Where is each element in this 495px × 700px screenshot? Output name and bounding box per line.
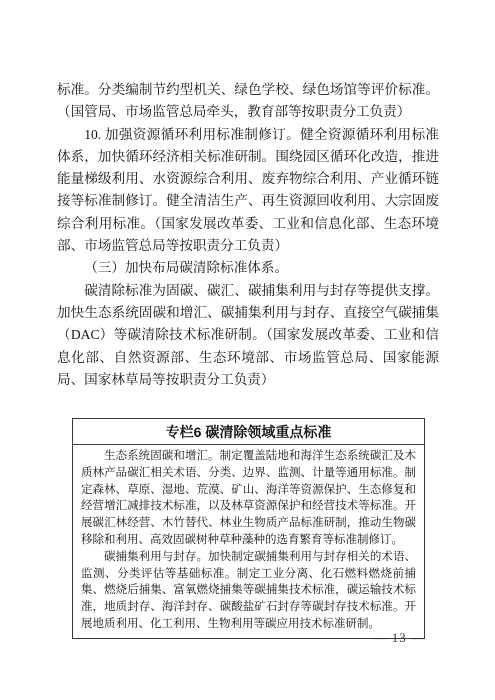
section-heading-three: （三）加快布局碳清除标准体系。 — [57, 257, 439, 279]
page-number: — 13 — — [374, 630, 426, 646]
box-paragraph-ccus: 碳捕集利用与封存。加快制定碳捕集利用与封存相关的术语、监测、分类评估等基础标准。… — [81, 549, 416, 633]
highlight-box-column-6: 专栏6 碳清除领域重点标准 生态系统固碳和增汇。制定覆盖陆地和海洋生态系统碳汇及… — [72, 418, 425, 639]
document-page: 标准。分类编制节约型机关、绿色学校、绿色场馆等评价标准。（国管局、市场监管总局牵… — [0, 0, 495, 700]
paragraph-carbon-removal: 碳清除标准为固碳、碳汇、碳捕集利用与封存等提供支撑。加快生态系统固碳和增汇、碳捕… — [57, 280, 439, 391]
highlight-box-body: 生态系统固碳和增汇。制定覆盖陆地和海洋生态系统碳汇及木质林产品碳汇相关术语、分类… — [73, 445, 424, 638]
box-paragraph-ecosystem-sink: 生态系统固碳和增汇。制定覆盖陆地和海洋生态系统碳汇及木质林产品碳汇相关术语、分类… — [81, 448, 416, 549]
highlight-box-title: 专栏6 碳清除领域重点标准 — [73, 419, 424, 445]
paragraph-continuation: 标准。分类编制节约型机关、绿色学校、绿色场馆等评价标准。（国管局、市场监管总局牵… — [57, 79, 439, 124]
main-text-block: 标准。分类编制节约型机关、绿色学校、绿色场馆等评价标准。（国管局、市场监管总局牵… — [57, 79, 439, 391]
paragraph-item-10: 10. 加强资源循环利用标准制修订。健全资源循环利用标准体系，加快循环经济相关标… — [57, 124, 439, 258]
